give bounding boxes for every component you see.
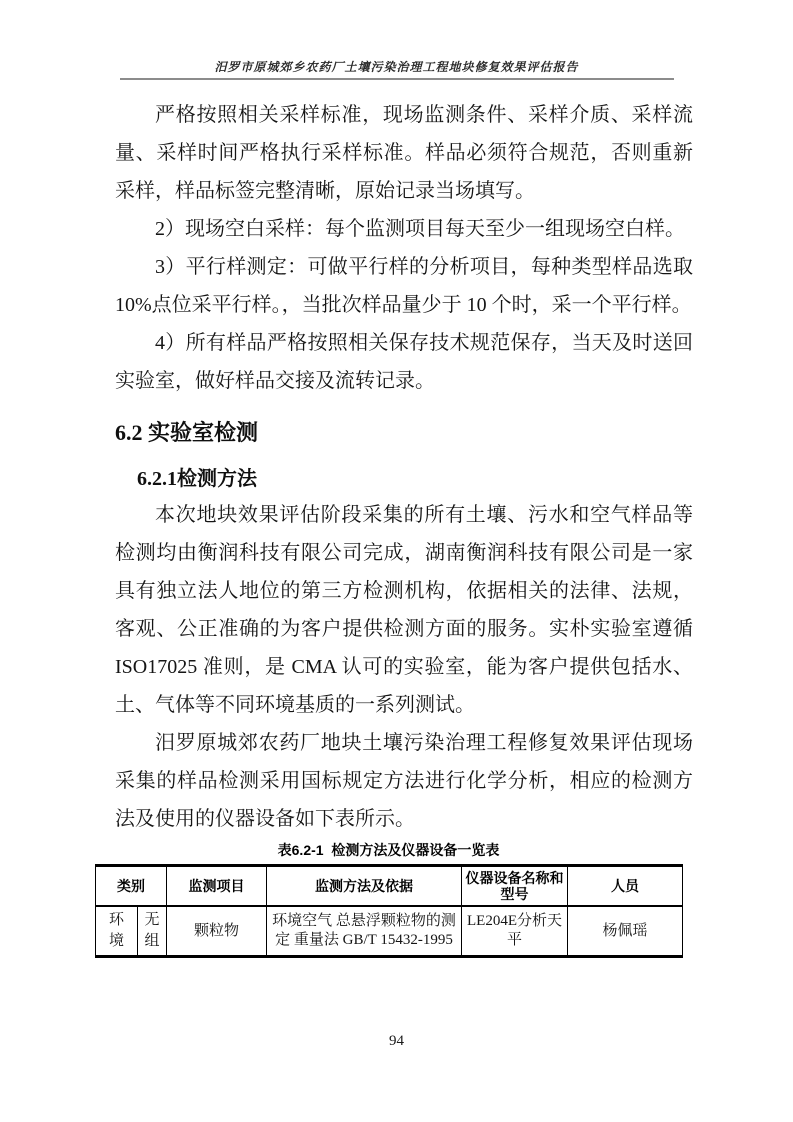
section-heading-6-2: 6.2 实验室检测: [115, 416, 693, 450]
document-body: 严格按照相关采样标准，现场监测条件、采样介质、采样流量、采样时间严格执行采样标准…: [115, 96, 693, 958]
cell-person: 杨佩瑶: [568, 906, 683, 957]
instruments-table: 类别 监测项目 监测方法及依据 仪器设备名称和型号 人员 环境 无组: [95, 864, 683, 958]
table-header-row: 类别 监测项目 监测方法及依据 仪器设备名称和型号 人员: [96, 866, 683, 907]
subsection-heading-6-2-1: 6.2.1检测方法: [115, 464, 693, 494]
page-header: 汨罗市原城郊乡农药厂土壤污染治理工程地块修复效果评估报告: [0, 0, 793, 80]
table-row: 环境 无组 颗粒物 环境空气 总悬浮颗粒物的测定 重量法 GB/T 15432-…: [96, 906, 683, 957]
column-header-method-basis: 监测方法及依据: [267, 866, 462, 907]
paragraph-field-blank-sample: 2）现场空白采样：每个监测项目每天至少一组现场空白样。: [115, 210, 693, 248]
table-caption: 表6.2-1 检测方法及仪器设备一览表: [95, 840, 682, 860]
paragraph-parallel-sample: 3）平行样测定：可做平行样的分析项目，每种类型样品选取 10%点位采平行样。，当…: [115, 248, 693, 324]
page-number: 94: [389, 1033, 404, 1049]
header-title: 汨罗市原城郊乡农药厂土壤污染治理工程地块修复效果评估报告: [0, 0, 793, 75]
document-page: 汨罗市原城郊乡农药厂土壤污染治理工程地块修复效果评估报告 严格按照相关采样标准，…: [0, 0, 793, 1122]
cell-category-main-text: 环境: [109, 910, 124, 952]
column-header-monitoring-item: 监测项目: [167, 866, 267, 907]
cell-method-basis: 环境空气 总悬浮颗粒物的测定 重量法 GB/T 15432-1995: [267, 906, 462, 957]
column-header-instrument-model: 仪器设备名称和型号: [462, 866, 568, 907]
cell-instrument-model: LE204E分析天平: [462, 906, 568, 957]
column-header-category: 类别: [96, 866, 167, 907]
page-footer: 94: [0, 1033, 793, 1050]
paragraph-sampling-standards: 严格按照相关采样标准，现场监测条件、采样介质、采样流量、采样时间严格执行采样标准…: [115, 96, 693, 210]
paragraph-detection-methods-intro: 汨罗原城郊农药厂地块土壤污染治理工程修复效果评估现场采集的样品检测采用国标规定方…: [115, 724, 693, 838]
paragraph-sample-preservation: 4）所有样品严格按照相关保存技术规范保存，当天及时送回实验室，做好样品交接及流转…: [115, 324, 693, 400]
cell-category-sub-text: 无组: [145, 910, 160, 952]
cell-category-sub: 无组: [138, 906, 167, 957]
paragraph-lab-introduction: 本次地块效果评估阶段采集的所有土壤、污水和空气样品等检测均由衡润科技有限公司完成…: [115, 496, 693, 724]
instruments-table-block: 表6.2-1 检测方法及仪器设备一览表 类别 监测项目 监测方法及依据 仪器设: [95, 840, 682, 958]
cell-category-main: 环境: [96, 906, 138, 957]
column-header-person: 人员: [568, 866, 683, 907]
cell-monitoring-item: 颗粒物: [167, 906, 267, 957]
header-rule: [120, 78, 674, 80]
